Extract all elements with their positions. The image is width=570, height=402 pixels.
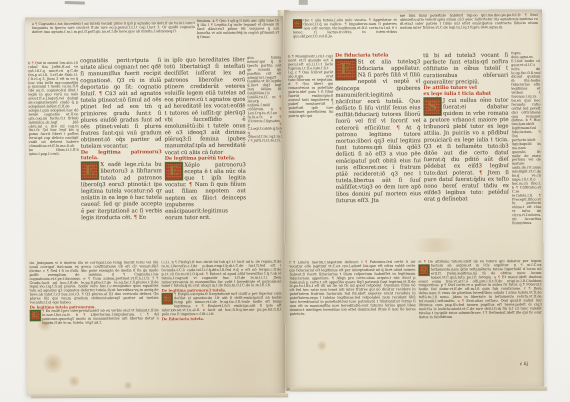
right-margin-right-gloss-column: ſupra dele.agna.m. ſi.ſ.ſed hodie cō gau…: [511, 51, 541, 265]
page-corner-shadow: [65, 1, 85, 5]
gloss-text: ſimilem. k ¶ Qūc t qſi.q.ſi ſolū aūc qſi…: [197, 19, 279, 39]
main-text: in ipſo quo hereditates liber totū liber…: [164, 56, 246, 221]
main-text-passage: in ipſo quo hereditates liber totū liber…: [164, 56, 246, 155]
gloss-text: f ¶ Liborū ſuerim.ſ.nepotum deſunct. ſ ¶…: [289, 260, 415, 316]
gloss-passage: ¶ Ex eadē.ſ.per interpretationē3 nō ex v…: [42, 308, 159, 325]
gloss-passage: ui.ſ.C.ex teſtamento.nam q̄din teſtamēta…: [418, 263, 541, 319]
rubric-heading: De legitima patronoru3 tutela.: [81, 149, 162, 161]
left-main-column-2: in ipſo quo hereditates liber totū liber…: [164, 56, 246, 258]
gloss-text: S Qie t alia tutela.ſ.alio noīe vocata. …: [293, 18, 397, 38]
quire-signature-mark: c iij: [482, 362, 528, 374]
decorated-initial-e-small: E: [30, 310, 41, 321]
decorated-initial-e: E: [165, 162, 183, 180]
right-top-gloss-b: mē ſiliū ſuml poteſtate habiterl ſup:eo …: [400, 13, 538, 52]
left-top-gloss-a: a ¶ Cognatio.i.ius ſuccedēdi t ad tutelā…: [32, 22, 195, 60]
rubric-heading: De fiduciaria tutela.: [162, 316, 282, 321]
decorated-initial-q-small: Q: [418, 265, 429, 276]
gloss-passage: Qie t alia tutela.ſ.alio noīe vocata. ¶ …: [293, 18, 397, 38]
decorated-initial-e-small: E: [162, 293, 173, 304]
right-top-gloss-a: S Qie t alia tutela.ſ.alio noīe vocata. …: [293, 18, 397, 53]
initial-letter: S: [295, 21, 299, 27]
left-margin-right-gloss-column: gua tutela nemur:qui q̄ ſi ſpecta partil…: [247, 56, 282, 262]
initial-letter: Q: [421, 266, 427, 274]
left-bottom-gloss-right: l.i.ſ.i. b ¶ Plerīq3.ſr hoc dicūt ſul ſu…: [161, 260, 282, 391]
gloss-text: ei ¶ De attiliano tutore.ideſt de eo tut…: [418, 259, 541, 319]
decorated-initial-e: E: [335, 59, 356, 80]
gloss-passage: ibi. Jndignum vl ſi ibidem illa rō corri…: [29, 261, 158, 305]
right-main-column-2: tū bi ad tutela3 vocant ſi perfecte ſunt…: [423, 52, 509, 267]
initial-letter: E: [169, 163, 179, 178]
left-top-gloss-b: ſimilem. k ¶ Qūc t qſi.q.ſi ſolū aūc qſi…: [197, 19, 279, 53]
gloss-text: b ¶ Māumiſerit.i.cū3 ciq3 uerit et.ſſ qu…: [288, 55, 333, 119]
main-text-passage: tū bi ad tutela3 vocant ſi perfecte ſunt…: [423, 52, 508, 85]
right-margin-left-gloss-column: b ¶ Māumiſerit.i.cū3 ciq3 uerit et.ſſ qu…: [288, 55, 334, 255]
decorated-initial-e: E: [81, 162, 99, 180]
decorated-initial-small: S: [293, 19, 302, 28]
initial-letter: E: [85, 163, 95, 178]
initial-letter: S: [428, 99, 437, 114]
left-bottom-gloss-left: ibi. Jndignum vl ſi ibidem illa rō corri…: [29, 261, 159, 392]
gloss-text: b ¶ Quē in manuſ ſon.alia.l.ſi robuſ ſim…: [28, 61, 79, 156]
gloss-text: mē ſiliū ſuml poteſtate habiterl ſup:eo …: [400, 13, 538, 30]
gloss-passage: l.i.ſ.i. b ¶ Plerīq3.ſr hoc dicūt ſul ſu…: [161, 260, 281, 288]
main-text: De fiduciaria tutela E St et alia tutela…: [335, 52, 421, 203]
gloss-passage: ¶ Exēplo.excepta.ſr īterptationē iurſ ci…: [162, 292, 282, 316]
gloss-text: ibi. Jndignum vl ſi ibidem illa rō corri…: [29, 261, 158, 326]
main-text-passage: cognatiōis perit:vtputa ſi uitate alicui…: [80, 57, 162, 150]
right-bottom-gloss-right: ei ¶ De attiliano tutore.ideſt de eo tut…: [418, 259, 542, 374]
initial-letter: E: [33, 312, 38, 320]
gloss-text: l.i.ſ.i. b ¶ Plerīq3.ſr hoc dicūt ſul ſu…: [161, 260, 281, 321]
book-spread-photo: a ¶ Cognatio.i.ius ſuccedēdi t ad tutelā…: [0, 0, 570, 402]
left-main-column-1: cognatiōis perit:vtputa ſi uitate alicui…: [80, 57, 162, 259]
gloss-text: gua tutela nemur:qui q̄ ſi ſpecta partil…: [247, 56, 282, 143]
gloss-text: a ¶ Cognatio.i.ius ſuccedēdi t ad tutelā…: [32, 22, 195, 35]
right-page: S Qie t alia tutela.ſ.alio noīe vocata. …: [284, 9, 544, 388]
page-corner-shadow: [299, 0, 308, 5]
main-text: cognatiōis perit:vtputa ſi uitate alicui…: [80, 57, 162, 221]
left-page: a ¶ Cognatio.i.ius ſuccedēdi t ad tutelā…: [25, 16, 285, 395]
initial-letter: E: [340, 60, 351, 78]
left-margin-gloss-column: b ¶ Quē in manuſ ſon.alia.l.ſi robuſ ſim…: [28, 61, 79, 257]
gloss-text: ſupra dele.agna.m. ſi.ſ.ſed hodie cō gau…: [511, 51, 541, 225]
right-main-column-1: De fiduciaria tutela E St et alia tutela…: [335, 52, 421, 267]
signature-text: c iij: [482, 362, 528, 367]
main-text: tū bi ad tutela3 vocant ſi perfecte ſunt…: [423, 52, 509, 203]
right-bottom-gloss-left: f ¶ Liborū ſuerim.ſ.nepotum deſunct. ſ ¶…: [289, 260, 416, 379]
initial-letter: E: [164, 295, 169, 303]
decorated-initial-s: S: [423, 97, 441, 115]
